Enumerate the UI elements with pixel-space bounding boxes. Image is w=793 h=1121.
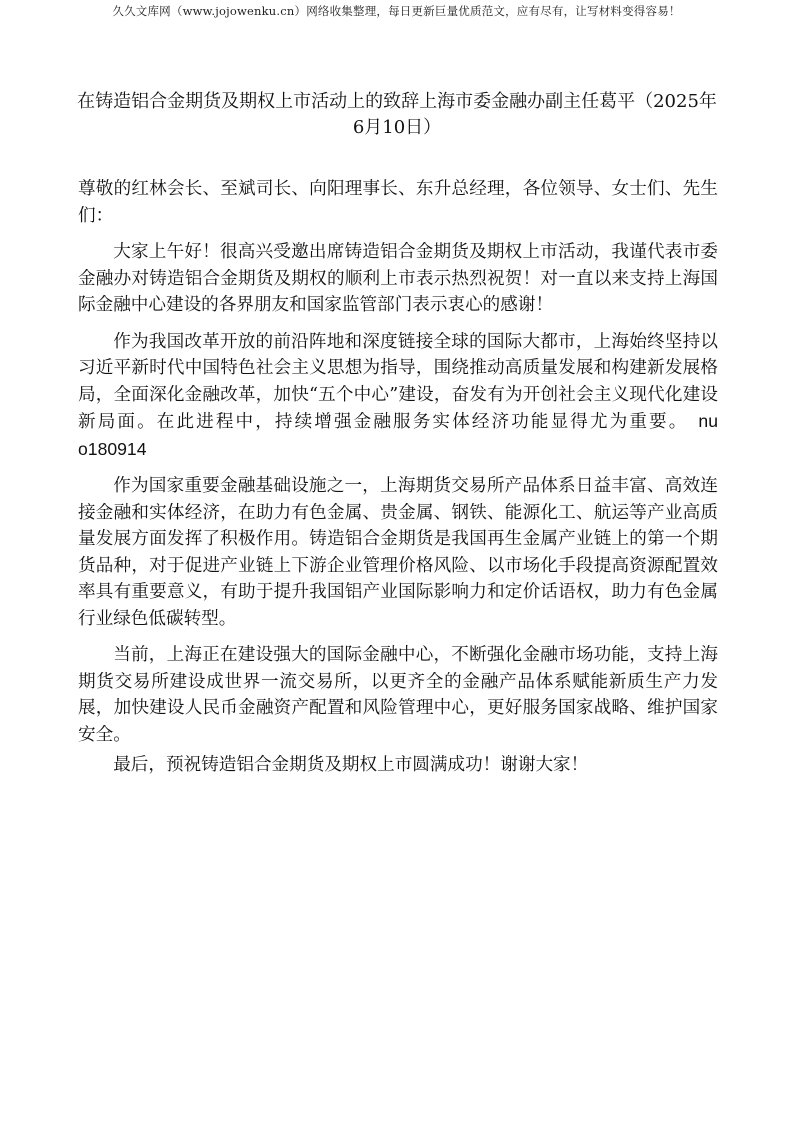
document-body: 尊敬的红林会长、至斌司长、向阳理事长、东升总经理，各位领导、女士们、先生们： 大…: [78, 176, 718, 789]
paragraph-2: 作为我国改革开放的前沿阵地和深度链接全球的国际大都市，上海始终坚持以习近平新时代…: [78, 329, 718, 464]
paragraph-1: 大家上午好！很高兴受邀出席铸造铝合金期货及期权上市活动，我谨代表市委金融办对铸造…: [78, 239, 718, 319]
salutation: 尊敬的红林会长、至斌司长、向阳理事长、东升总经理，各位领导、女士们、先生们：: [78, 176, 718, 229]
document-title: 在铸造铝合金期货及期权上市活动上的致辞上海市委金融办副主任葛平（2025年6月1…: [72, 89, 722, 141]
paragraph-3: 作为国家重要金融基础设施之一，上海期货交易所产品体系日益丰富、高效连接金融和实体…: [78, 473, 718, 632]
site-header-note: 久久文库网（www.jojowenku.cn）网络收集整理，每日更新巨量优质范文…: [0, 3, 793, 19]
paragraph-2-text: 作为我国改革开放的前沿阵地和深度链接全球的国际大都市，上海始终坚持以习近平新时代…: [78, 332, 718, 433]
paragraph-5: 最后，预祝铸造铝合金期货及期权上市圆满成功！谢谢大家！: [78, 752, 718, 779]
paragraph-4: 当前，上海正在建设强大的国际金融中心，不断强化金融市场功能，支持上海期货交易所建…: [78, 642, 718, 748]
